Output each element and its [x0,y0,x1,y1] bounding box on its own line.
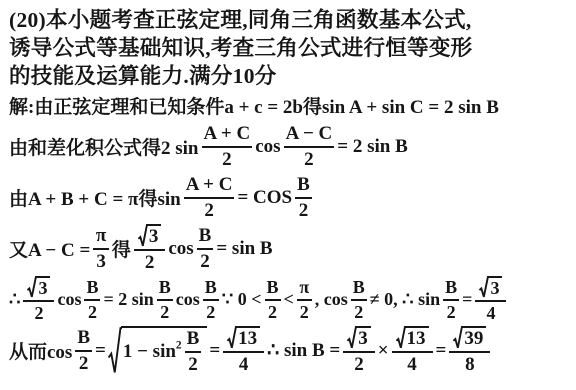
math-text: 3 [96,252,106,272]
math-text: B [445,278,457,297]
fraction: B2 [75,328,92,374]
square-root-body: 3 [488,276,502,298]
math-text: 解:由正弦定理和已知条件a + c = 2b得sin A + sin C = 2… [9,92,499,119]
square-root-body: 13 [405,326,429,349]
math-text: < [284,289,294,310]
math-text: = [95,340,106,362]
math-text: 2 [268,303,277,322]
math-text: 由和差化积公式得2 sin [9,133,199,160]
square-root-body: 39 [462,326,486,349]
math-text: 2 [304,150,314,170]
fraction-numerator: B [443,278,459,299]
fraction-denominator: 8 [449,351,490,375]
fraction-denominator: 2 [157,299,173,322]
fraction-numerator: B [295,175,312,197]
fraction: 32 [134,224,166,273]
problem-intro-line-2: 诱导公式等基础知识,考查三角公式进行恒等变形 [9,34,572,62]
math-text: 3 [358,329,368,349]
fraction-numerator: 13 [223,326,264,351]
math-text: cos [168,238,193,260]
fraction-numerator: π [297,278,311,299]
fraction: A + C2 [184,175,235,221]
math-text: B [199,226,212,246]
math-text: 2 [79,354,89,374]
math-text: 2 [34,304,43,323]
fraction-numerator: A + C [202,124,253,146]
fraction: 134 [392,326,433,375]
fraction-numerator: B [157,278,173,299]
math-text: = COS [237,187,292,209]
fraction-numerator: 3 [343,326,375,351]
square-root-body: 13 [236,326,260,349]
math-text: A + C [204,124,251,144]
fraction: B2 [84,278,100,322]
fraction-denominator: 4 [223,351,264,375]
fraction-denominator: 2 [202,146,253,170]
fraction-denominator: 2 [84,299,100,322]
math-text: 从而cos [9,337,72,364]
math-text: 4 [486,304,495,323]
fraction-denominator: 2 [134,249,166,273]
math-text: 39 [464,329,483,349]
square-root: 3 [138,224,162,247]
fraction-denominator: 2 [197,248,214,272]
math-text: 2 [206,303,215,322]
fraction-denominator: 2 [23,300,54,323]
fraction: 34 [475,276,506,323]
fraction: A + C2 [202,124,253,170]
square-root: 3 [347,326,371,349]
math-text: B [187,329,200,349]
solution-step-3: 由A + B + C = π得sinA + C2= COSB2 [9,172,572,223]
fraction-numerator: 39 [449,326,490,351]
math-text: B [77,328,90,348]
fraction-denominator: 2 [284,146,335,170]
math-text: π [96,226,106,246]
math-text: 2 [88,303,97,322]
fraction-numerator: 3 [23,276,54,300]
problem-intro-line-3: 的技能及运算能力.满分10分 [9,62,572,90]
math-text: 2 [188,355,198,375]
math-text: B [86,278,98,297]
math-text: 3 [490,279,499,298]
fraction-numerator: B [84,278,100,299]
fraction: B2 [197,226,214,272]
solution-step-6: 从而cosB2=1 − sin2B2=134∴ sin B =32×134=39… [9,325,572,376]
fraction-numerator: A − C [284,124,335,146]
math-text: 3 [149,227,159,247]
math-text: = [462,289,472,310]
fraction-numerator: π [94,226,108,248]
fraction-denominator: 4 [392,351,433,375]
fraction: B2 [295,175,312,221]
fraction: B2 [265,278,281,322]
math-text: 又A − C = [9,235,90,262]
math-text: = [209,340,220,362]
math-text: = 2 sin B [337,136,408,158]
fraction-denominator: 2 [203,299,219,322]
math-text: 8 [465,355,475,375]
solution-step-5: ∴32cosB2= 2 sinB2cosB2∵ 0 <B2<π2, cosB2≠… [9,274,572,325]
fraction-denominator: 2 [75,350,92,374]
fraction: A − C2 [284,124,335,170]
math-text: 13 [407,329,426,349]
math-text: 1 − sin [123,341,176,363]
radical-icon [108,326,122,375]
square-root-body: 3 [147,224,162,247]
fraction-denominator: 2 [343,351,375,375]
fraction: π3 [93,226,109,272]
math-text: B [205,278,217,297]
solution-step-4: 又A − C =π3得32cosB2= sin B [9,223,572,274]
fraction-denominator: 2 [297,299,312,322]
square-root: 13 [227,326,260,349]
math-text: × [378,340,389,362]
math-text: 由A + B + C = π得sin [9,184,181,211]
fraction: π2 [297,278,312,322]
math-text: , cos [315,289,348,310]
math-text: ≠ 0, ∴ sin [370,289,440,310]
math-text: B [297,175,310,195]
math-text: cos [255,136,280,158]
math-text: 13 [238,329,257,349]
square-root: 3 [479,276,502,298]
problem-intro-line-1: (20)本小题考查正弦定理,同角三角函数基本公式, [9,6,572,34]
fraction-denominator: 2 [184,197,235,221]
math-text: 2 [299,201,309,221]
fraction-numerator: B [197,226,214,248]
fraction-denominator: 2 [351,299,367,322]
math-text: cos [176,289,200,310]
fraction: B2 [203,278,219,322]
fraction: 32 [343,326,375,375]
math-text: 2 [222,150,232,170]
math-text: 3 [38,279,47,298]
math-text: cos [57,289,81,310]
math-text: = 2 sin [103,289,153,310]
math-text: 得 [112,235,131,262]
fraction-numerator: 13 [392,326,433,351]
fraction: B2 [185,329,202,375]
fraction-denominator: 3 [93,248,109,272]
math-text: 2 [447,303,456,322]
math-text: 2 [354,355,364,375]
math-text: 2 [160,303,169,322]
math-text: 2 [204,201,214,221]
square-root-body: 3 [36,276,50,298]
fraction: 134 [223,326,264,375]
solution-step-1: 解:由正弦定理和已知条件a + c = 2b得sin A + sin C = 2… [9,90,572,121]
superscript: 2 [176,340,182,352]
math-text: ∴ [9,289,20,310]
fraction-numerator: A + C [184,175,235,197]
fraction-numerator: 3 [134,224,166,249]
math-text: ∵ 0 < [222,289,262,310]
fraction-numerator: 3 [475,276,506,300]
math-text: A + C [186,175,233,195]
square-root: 3 [27,276,50,298]
math-text: B [267,278,279,297]
fraction-denominator: 2 [295,197,312,221]
square-root: 13 [396,326,429,349]
math-text: 2 [145,253,155,273]
fraction-denominator: 2 [185,351,202,375]
square-root-body: 3 [356,326,371,349]
math-text: 4 [239,355,249,375]
fraction: B2 [351,278,367,322]
fraction-numerator: B [203,278,219,299]
math-text: B [159,278,171,297]
math-text: ∴ sin B = [267,339,340,362]
math-solution-document: (20)本小题考查正弦定理,同角三角函数基本公式, 诱导公式等基础知识,考查三角… [0,0,576,376]
math-text: B [353,278,365,297]
square-root-body: 1 − sin2B2 [121,326,207,375]
math-text: π [299,278,309,297]
math-text: = [436,340,447,362]
math-text: 2 [300,303,309,322]
fraction: 398 [449,326,490,375]
fraction: B2 [157,278,173,322]
fraction-numerator: B [351,278,367,299]
fraction: 32 [23,276,54,323]
math-text: 2 [200,252,210,272]
fraction-numerator: B [185,329,202,351]
fraction-numerator: B [75,328,92,350]
math-text: = sin B [216,238,272,260]
math-text: A − C [286,124,333,144]
fraction-denominator: 4 [475,300,506,323]
square-root: 1 − sin2B2 [108,326,207,375]
fraction-denominator: 2 [265,299,281,322]
math-text: 4 [407,355,417,375]
solution-step-2: 由和差化积公式得2 sinA + C2cosA − C2= 2 sin B [9,121,572,172]
fraction: B2 [443,278,459,322]
square-root: 39 [453,326,486,349]
fraction-numerator: B [265,278,281,299]
fraction-denominator: 2 [443,299,459,322]
math-text: 2 [354,303,363,322]
